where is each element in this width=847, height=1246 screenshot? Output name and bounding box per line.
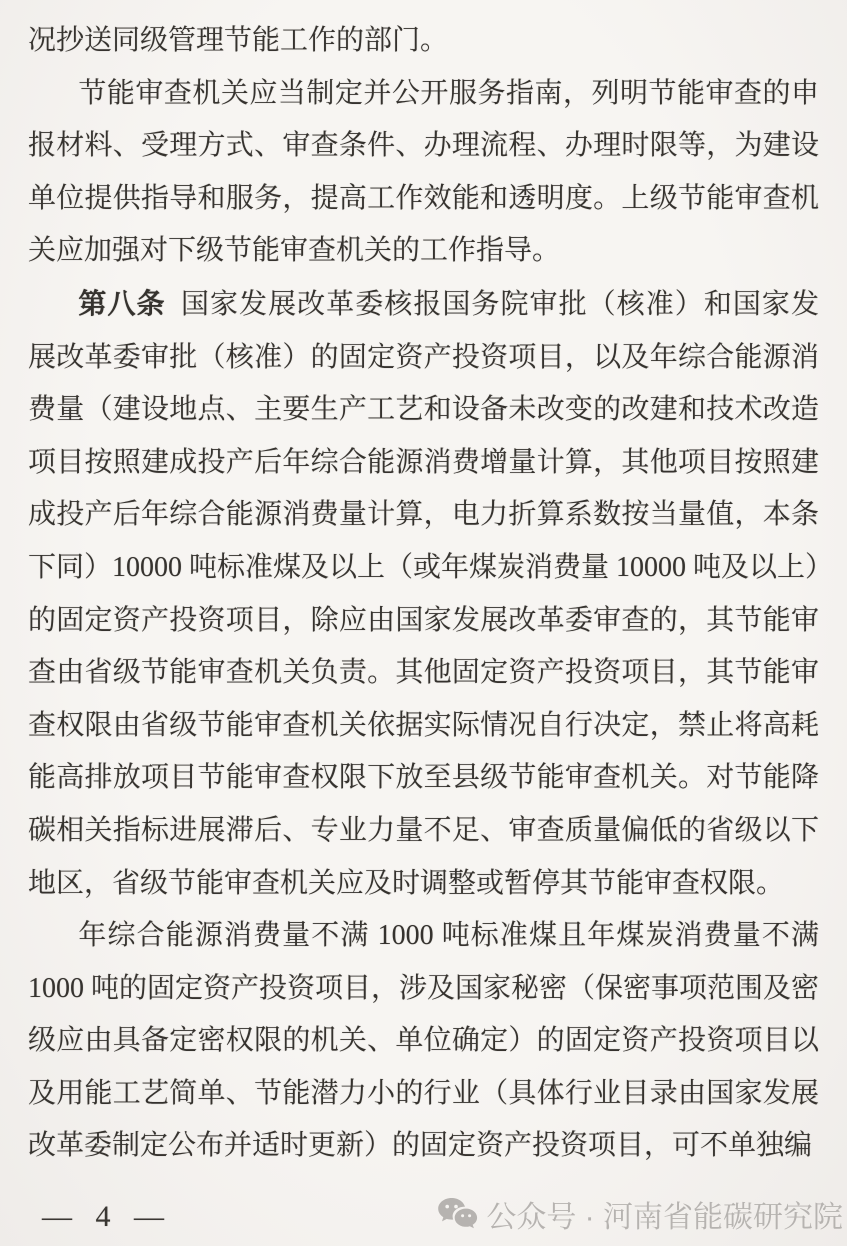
paragraph-continuation: 况抄送同级管理节能工作的部门。 [28, 15, 819, 68]
paragraph-service-guide: 节能审查机关应当制定并公开服务指南，列明节能审查的申报材料、受理方式、审查条件、… [28, 68, 819, 278]
page-number: — 4 — [42, 1200, 172, 1234]
article-number-label: 第八条 [78, 288, 165, 319]
paragraph-article-8: 第八条国家发展改革委核报国务院审批（核准）和国家发展改革委审批（核准）的固定资产… [28, 278, 819, 910]
document-page: 况抄送同级管理节能工作的部门。 节能审查机关应当制定并公开服务指南，列明节能审查… [0, 0, 847, 1246]
paragraph-exemptions: 年综合能源消费量不满 1000 吨标准煤且年煤炭消费量不满 1000 吨的固定资… [28, 910, 819, 1173]
watermark-text: 公众号 · 河南省能碳研究院 [486, 1192, 843, 1236]
article-8-text: 国家发展改革委核报国务院审批（核准）和国家发展改革委审批（核准）的固定资产投资项… [28, 289, 819, 899]
page-footer: — 4 — 公众号 · 河南省能碳研究院 [0, 1194, 847, 1238]
wechat-icon [437, 1197, 479, 1231]
watermark: 公众号 · 河南省能碳研究院 [437, 1192, 843, 1236]
document-body: 况抄送同级管理节能工作的部门。 节能审查机关应当制定并公开服务指南，列明节能审查… [28, 15, 819, 1173]
